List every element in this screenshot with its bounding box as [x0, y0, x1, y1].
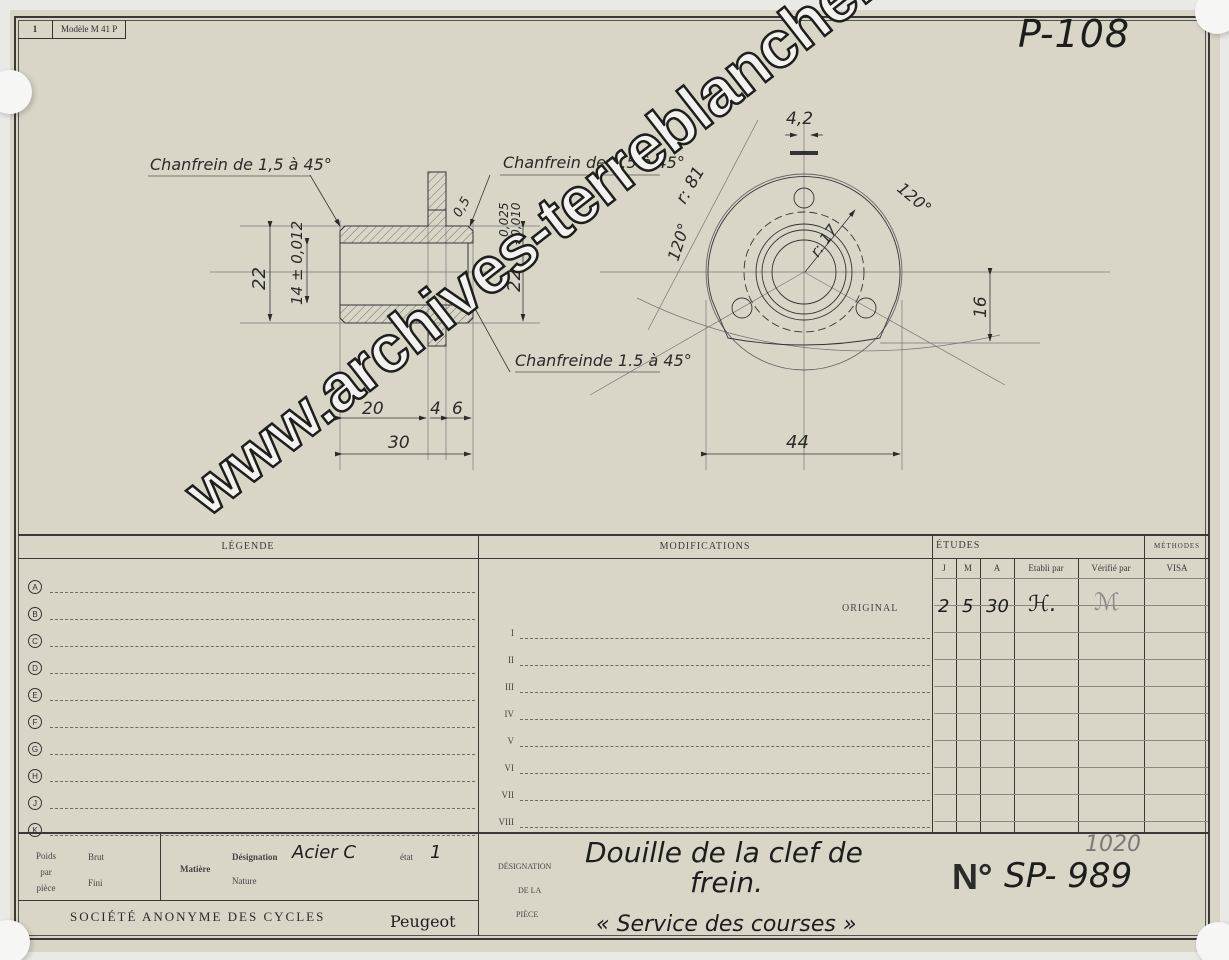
modification-line — [520, 719, 930, 720]
etudes-column-header: M — [956, 563, 980, 573]
etat-label: état — [400, 852, 413, 862]
legende-marker: G — [28, 742, 42, 756]
modification-number: VIII — [484, 817, 514, 827]
company-name: SOCIÉTÉ ANONYME DES CYCLES — [70, 909, 325, 925]
legende-line — [50, 700, 475, 701]
etudes-title: ÉTUDES — [936, 540, 996, 551]
svg-text:120°: 120° — [664, 221, 694, 264]
svg-text:14 ± 0,012: 14 ± 0,012 — [288, 221, 306, 305]
methodes-title: MÉTHODES — [1144, 542, 1210, 550]
piece-label-2: DE LA — [518, 886, 541, 895]
legende-title: LÉGENDE — [18, 541, 478, 552]
modifications-title: MODIFICATIONS — [478, 541, 932, 552]
modification-number: VII — [484, 790, 514, 800]
legende-line — [50, 673, 475, 674]
piece-name-line2: frein. — [690, 866, 763, 899]
etudes-column-header: A — [980, 563, 1014, 573]
original-label: ORIGINAL — [842, 603, 898, 614]
legende-marker: F — [28, 715, 42, 729]
fini-label: Fini — [88, 878, 103, 888]
divider — [932, 534, 933, 832]
legende-line — [50, 619, 475, 620]
svg-text:16: 16 — [971, 296, 991, 318]
divider — [478, 534, 479, 936]
etudes-row-line — [934, 740, 1208, 741]
brut-label: Brut — [88, 852, 104, 862]
matiere-label: Matière — [180, 864, 210, 874]
number-prefix: N° — [952, 856, 992, 898]
drawing-number: SP- 989 — [1004, 856, 1132, 896]
svg-text:- 0,010: - 0,010 — [509, 202, 523, 245]
svg-text:22: 22 — [504, 269, 525, 292]
etudes-row-line — [934, 632, 1208, 633]
modification-number: IV — [484, 709, 514, 719]
designation-label: Désignation — [232, 852, 278, 862]
date-m: 5 — [962, 596, 973, 617]
modification-line — [520, 665, 930, 666]
etudes-column-header: Etabli par — [1014, 563, 1078, 573]
chamfer-right-bottom-label: Chanfreinde 1.5 à 45° — [515, 351, 692, 370]
modification-number: III — [484, 682, 514, 692]
etudes-row-line — [934, 713, 1208, 714]
divider — [980, 558, 981, 832]
etat-value: 1 — [430, 842, 441, 863]
legende-line — [50, 727, 475, 728]
etudes-row-line — [934, 767, 1208, 768]
brand-logo: Peugeot — [390, 912, 456, 931]
etudes-row-line — [934, 578, 1208, 579]
legende-marker: B — [28, 607, 42, 621]
divider — [1078, 558, 1079, 832]
legende-line — [50, 781, 475, 782]
svg-text:120°: 120° — [893, 179, 935, 218]
date-j: 2 — [938, 596, 949, 617]
divider — [18, 832, 1210, 834]
svg-text:0,5: 0,5 — [450, 195, 473, 220]
modification-line — [520, 773, 930, 774]
legende-line — [50, 592, 475, 593]
poids-label: Poids par pièce — [30, 848, 62, 896]
etudes-row-line — [934, 659, 1208, 660]
etabli-signature: ℋ. — [1028, 592, 1057, 617]
svg-text:4: 4 — [430, 399, 441, 419]
modification-number: I — [484, 628, 514, 638]
piece-name-line1: Douille de la clef de — [585, 836, 863, 869]
legende-marker: D — [28, 661, 42, 675]
legende-marker: K — [28, 823, 42, 837]
legende-marker: J — [28, 796, 42, 810]
modification-line — [520, 827, 930, 828]
nature-label: Nature — [232, 876, 257, 886]
modification-number: II — [484, 655, 514, 665]
svg-text:30: 30 — [388, 433, 410, 453]
etudes-column-header: VISA — [1144, 563, 1210, 573]
legende-marker: E — [28, 688, 42, 702]
legende-marker: C — [28, 634, 42, 648]
svg-text:6: 6 — [452, 399, 463, 419]
modification-line — [520, 638, 930, 639]
divider — [18, 900, 478, 901]
modification-line — [520, 800, 930, 801]
technical-drawing: Chanfrein de 1,5 à 45° Chanfrein de 0,5 … — [0, 0, 1229, 530]
piece-label-1: DÉSIGNATION — [498, 862, 551, 871]
divider — [1014, 558, 1015, 832]
divider — [160, 832, 161, 900]
legende-marker: H — [28, 769, 42, 783]
divider — [18, 558, 1210, 559]
divider — [956, 558, 957, 832]
date-a: 30 — [986, 596, 1009, 617]
chamfer-left-label: Chanfrein de 1,5 à 45° — [150, 155, 332, 174]
etudes-column-header: J — [932, 563, 956, 573]
designation-value: Acier C — [292, 842, 356, 863]
svg-text:22: 22 — [249, 267, 270, 290]
drawing-number-override: 1020 — [1085, 832, 1141, 857]
chamfer-right-top-label: Chanfrein de 0,5 à 45° — [503, 153, 685, 172]
modification-line — [520, 746, 930, 747]
legende-line — [50, 808, 475, 809]
svg-text:20: 20 — [362, 399, 384, 419]
svg-text:44: 44 — [786, 432, 809, 453]
piece-label-3: PIÈCE — [516, 910, 538, 919]
modification-number: V — [484, 736, 514, 746]
etudes-row-line — [934, 794, 1208, 795]
legende-line — [50, 754, 475, 755]
legende-line — [50, 835, 475, 836]
etudes-row-line — [934, 821, 1208, 822]
verifie-signature: ℳ — [1094, 588, 1120, 616]
modification-number: VI — [484, 763, 514, 773]
etudes-column-header: Vérifié par — [1078, 563, 1144, 573]
modification-line — [520, 692, 930, 693]
etudes-row-line — [934, 686, 1208, 687]
legende-marker: A — [28, 580, 42, 594]
legende-line — [50, 646, 475, 647]
piece-name-line3: « Service des courses » — [596, 912, 856, 937]
etudes-row-line — [934, 605, 1208, 606]
svg-text:4,2: 4,2 — [786, 109, 813, 129]
